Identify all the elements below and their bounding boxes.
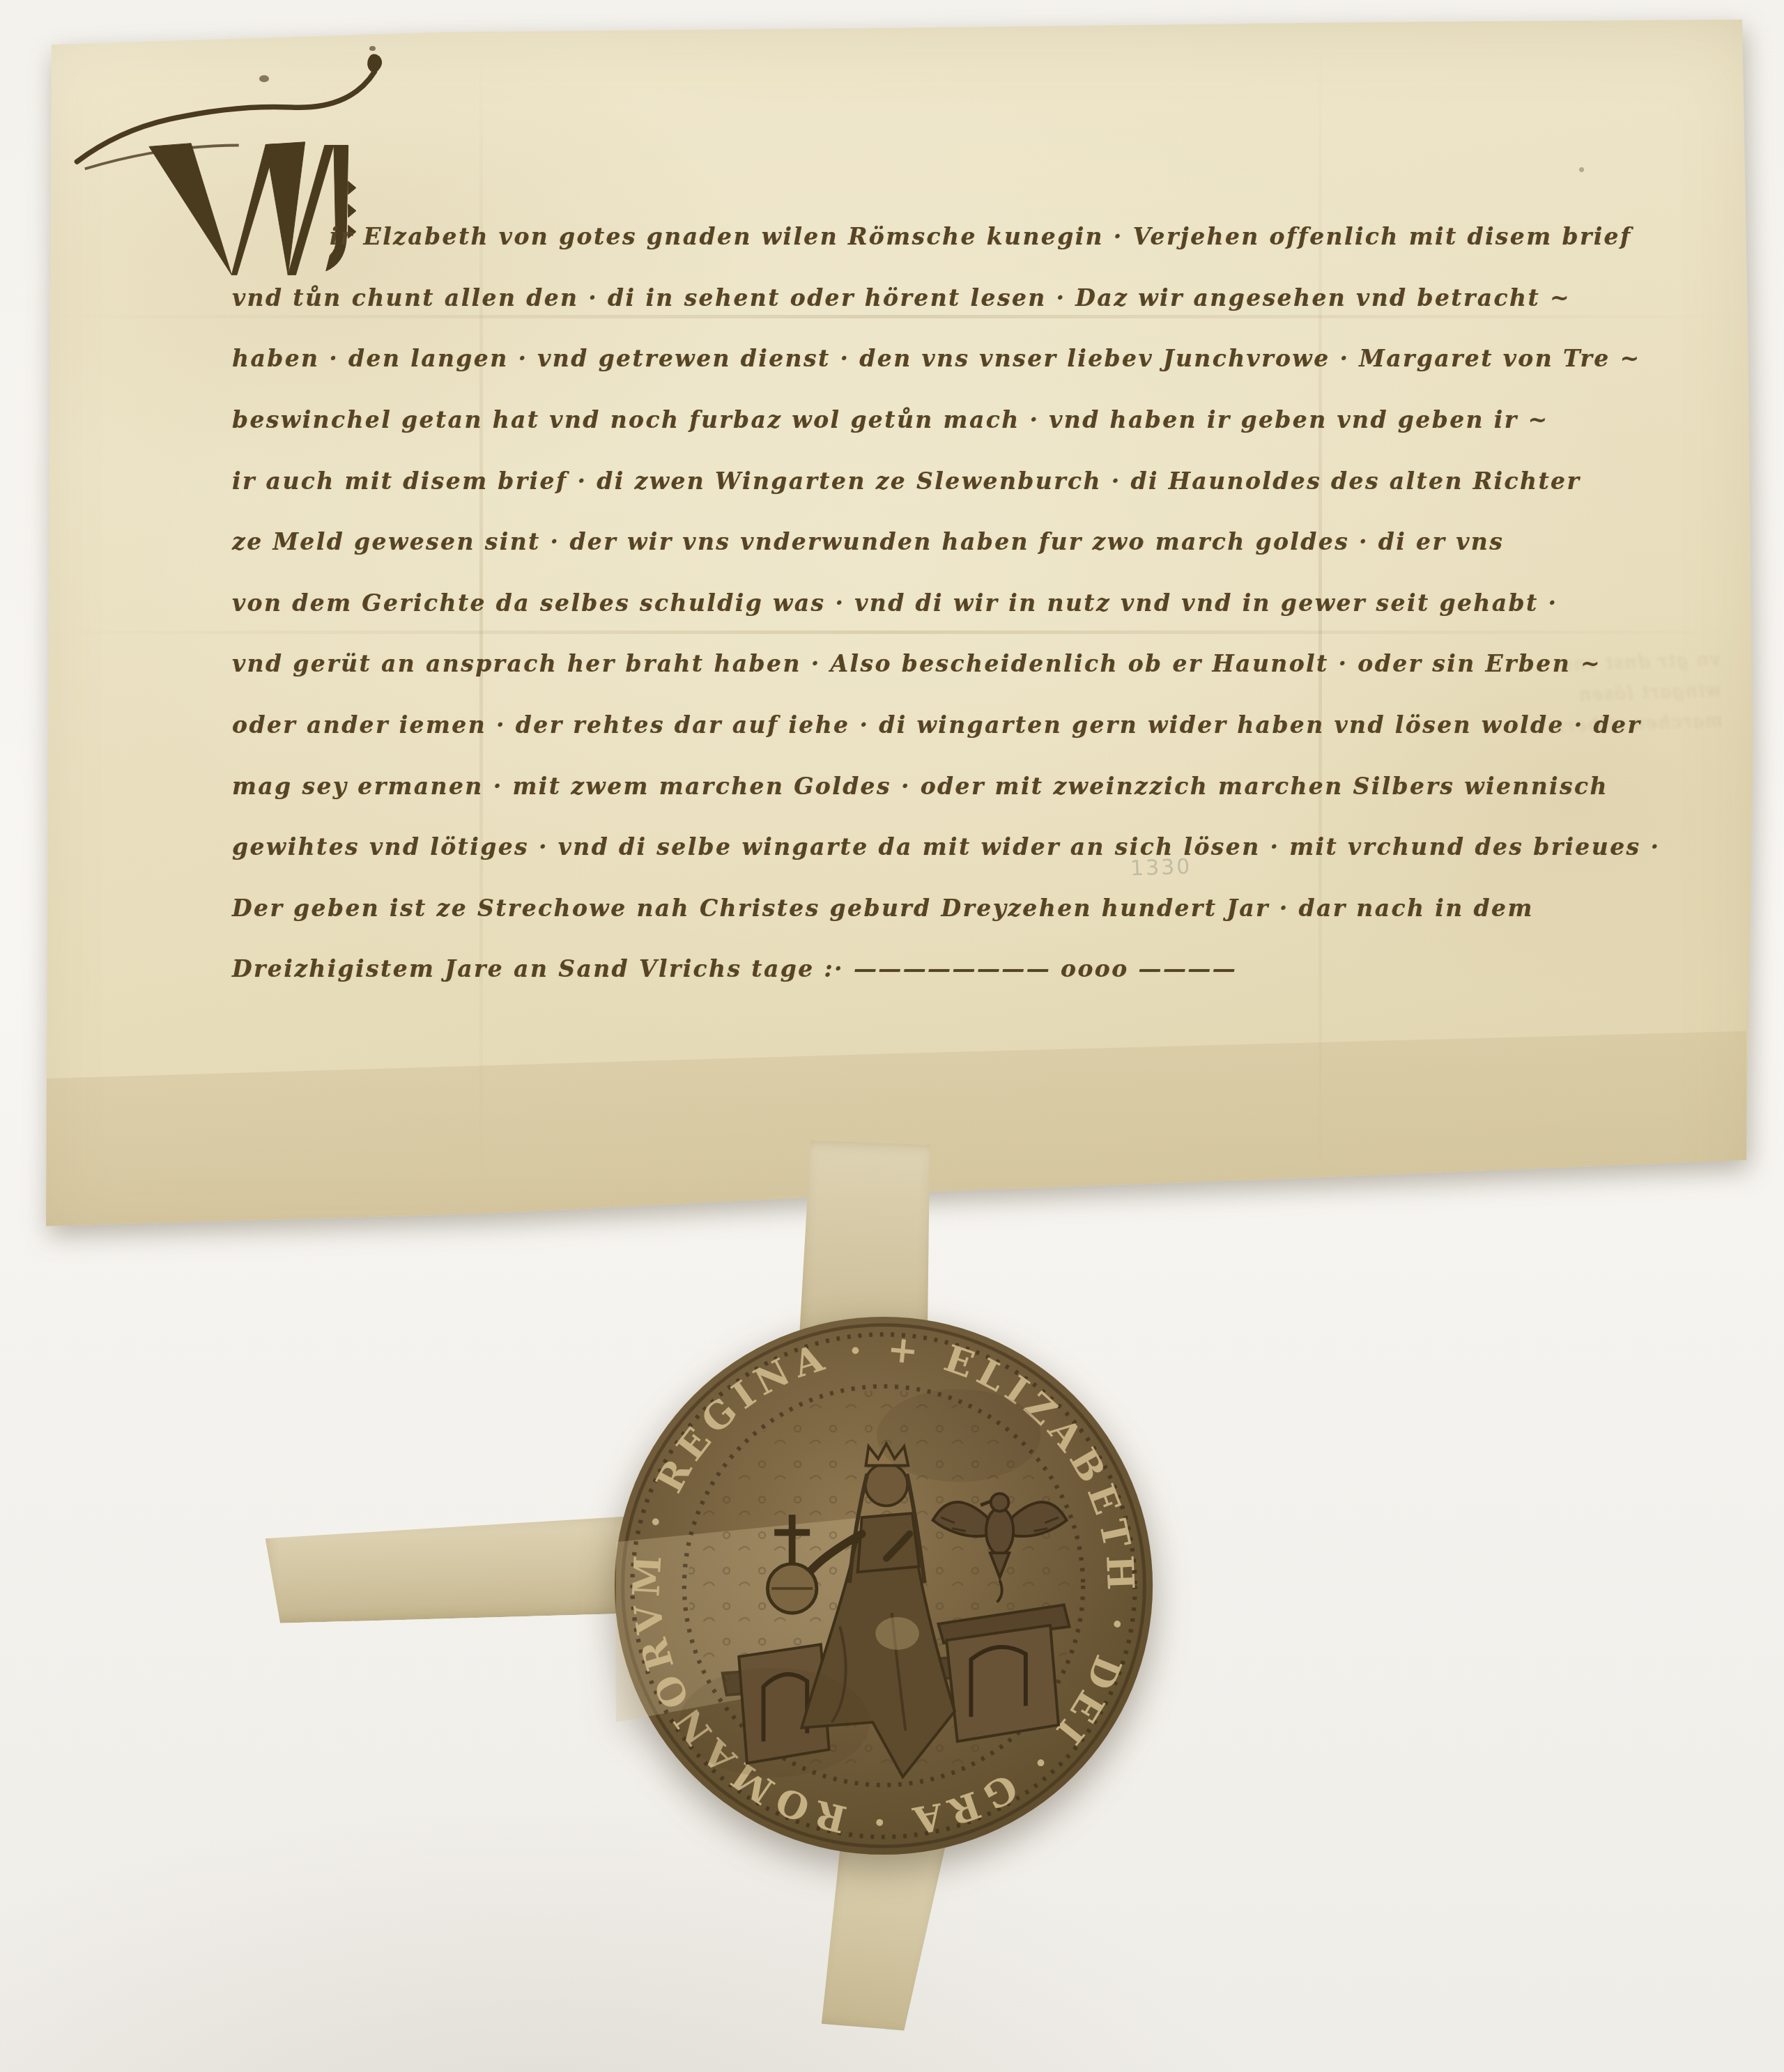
ink-speck bbox=[259, 75, 269, 82]
text-line: ir Elzabeth von gotes gnaden wilen Römsc… bbox=[232, 206, 1549, 268]
parchment-sheet: ir Elzabeth von gotes gnaden wilen Römsc… bbox=[0, 0, 1784, 1282]
text-line: ze Meld gewesen sint · der wir vns vnder… bbox=[232, 511, 1549, 573]
text-line: haben · den langen · vnd getrewen dienst… bbox=[232, 328, 1549, 389]
text-line: von dem Gerichte da selbes schuldig was … bbox=[232, 573, 1549, 634]
text-line: vnd gerüt an ansprach her braht haben · … bbox=[232, 633, 1549, 695]
charter-text-block: ir Elzabeth von gotes gnaden wilen Römsc… bbox=[232, 206, 1549, 1000]
text-line: gewihtes vnd lötiges · vnd di selbe wing… bbox=[232, 817, 1549, 878]
ink-speck bbox=[1579, 167, 1584, 172]
charter-photograph: ir Elzabeth von gotes gnaden wilen Römsc… bbox=[0, 0, 1784, 2072]
text-line: beswinchel getan hat vnd noch furbaz wol… bbox=[232, 389, 1549, 451]
text-line: Dreizhigistem Jare an Sand Vlrichs tage … bbox=[232, 938, 1549, 1000]
text-line: ir auch mit disem brief · di zwen Wingar… bbox=[232, 450, 1549, 511]
ink-speck bbox=[369, 46, 376, 51]
parchment: ir Elzabeth von gotes gnaden wilen Römsc… bbox=[0, 0, 1784, 1282]
archival-note: 1330 bbox=[1130, 854, 1192, 881]
ink-showthrough: vn gtr dnst vnswingart lösenmarchen silb… bbox=[1511, 644, 1723, 743]
text-line: Der geben ist ze Strechowe nah Christes … bbox=[232, 878, 1549, 939]
wax-seal-image: + ELIZABETH · DEI · GRA · ROMANORVM · RE… bbox=[610, 1313, 1157, 1859]
text-line: vnd tůn chunt allen den · di in sehent o… bbox=[232, 268, 1549, 329]
wax-seal: + ELIZABETH · DEI · GRA · ROMANORVM · RE… bbox=[610, 1313, 1157, 1859]
text-line: oder ander iemen · der rehtes dar auf ie… bbox=[232, 695, 1549, 756]
text-line: mag sey ermanen · mit zwem marchen Golde… bbox=[232, 755, 1549, 817]
